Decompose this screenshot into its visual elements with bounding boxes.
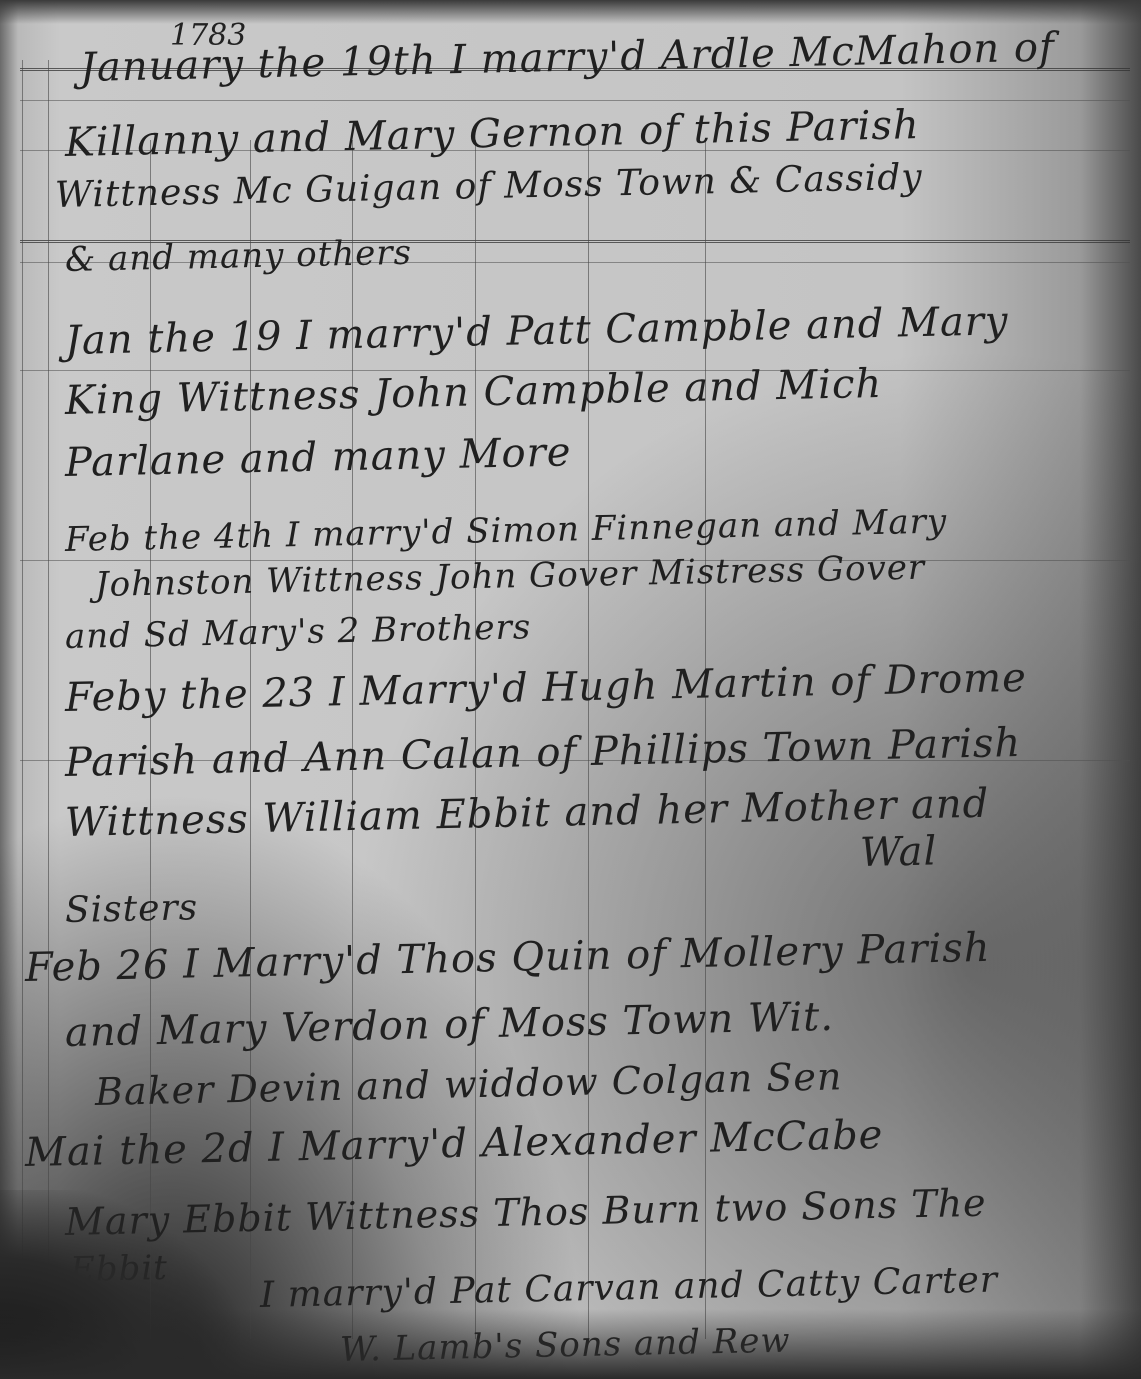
register-entry-line: Baker Devin and widdow Colgan Sen	[95, 1054, 843, 1114]
register-entry-line: & and many others	[65, 233, 413, 280]
register-entry-line: and Sd Mary's 2 Brothers	[65, 607, 532, 657]
register-entry-line: Feb 26 I Marry'd Thos Quin of Mollery Pa…	[25, 925, 992, 991]
scan-bottom-shadow	[0, 1309, 1141, 1379]
register-page: 1783 January the 19th I marry'd Ardle Mc…	[0, 0, 1141, 1379]
register-entry-line: Mai the 2d I Marry'd Alexander McCabe	[25, 1112, 884, 1176]
register-entry-line: Wal	[860, 828, 938, 876]
register-entry-line: Jan the 19 I marry'd Patt Campble and Ma…	[65, 298, 1009, 364]
register-entry-line: Feby the 23 I Marry'd Hugh Martin of Dro…	[65, 655, 1028, 721]
register-entry-line: Killanny and Mary Gernon of this Parish	[65, 102, 921, 166]
margin-rule	[22, 60, 23, 1339]
rule-line	[20, 100, 1130, 101]
register-entry-line: Parlane and many More	[65, 429, 572, 486]
register-entry-line: and Mary Verdon of Moss Town Wit.	[65, 994, 835, 1056]
register-entry-line: Parish and Ann Calan of Phillips Town Pa…	[65, 720, 1022, 786]
register-entry-line: I marry'd Pat Carvan and Catty Carter	[260, 1260, 999, 1316]
register-entry-line: Wittness William Ebbit and her Mother an…	[65, 781, 990, 846]
register-entry-line: Sisters	[65, 887, 199, 931]
register-entry-line: Wittness Mc Guigan of Moss Town & Cassid…	[55, 157, 923, 216]
